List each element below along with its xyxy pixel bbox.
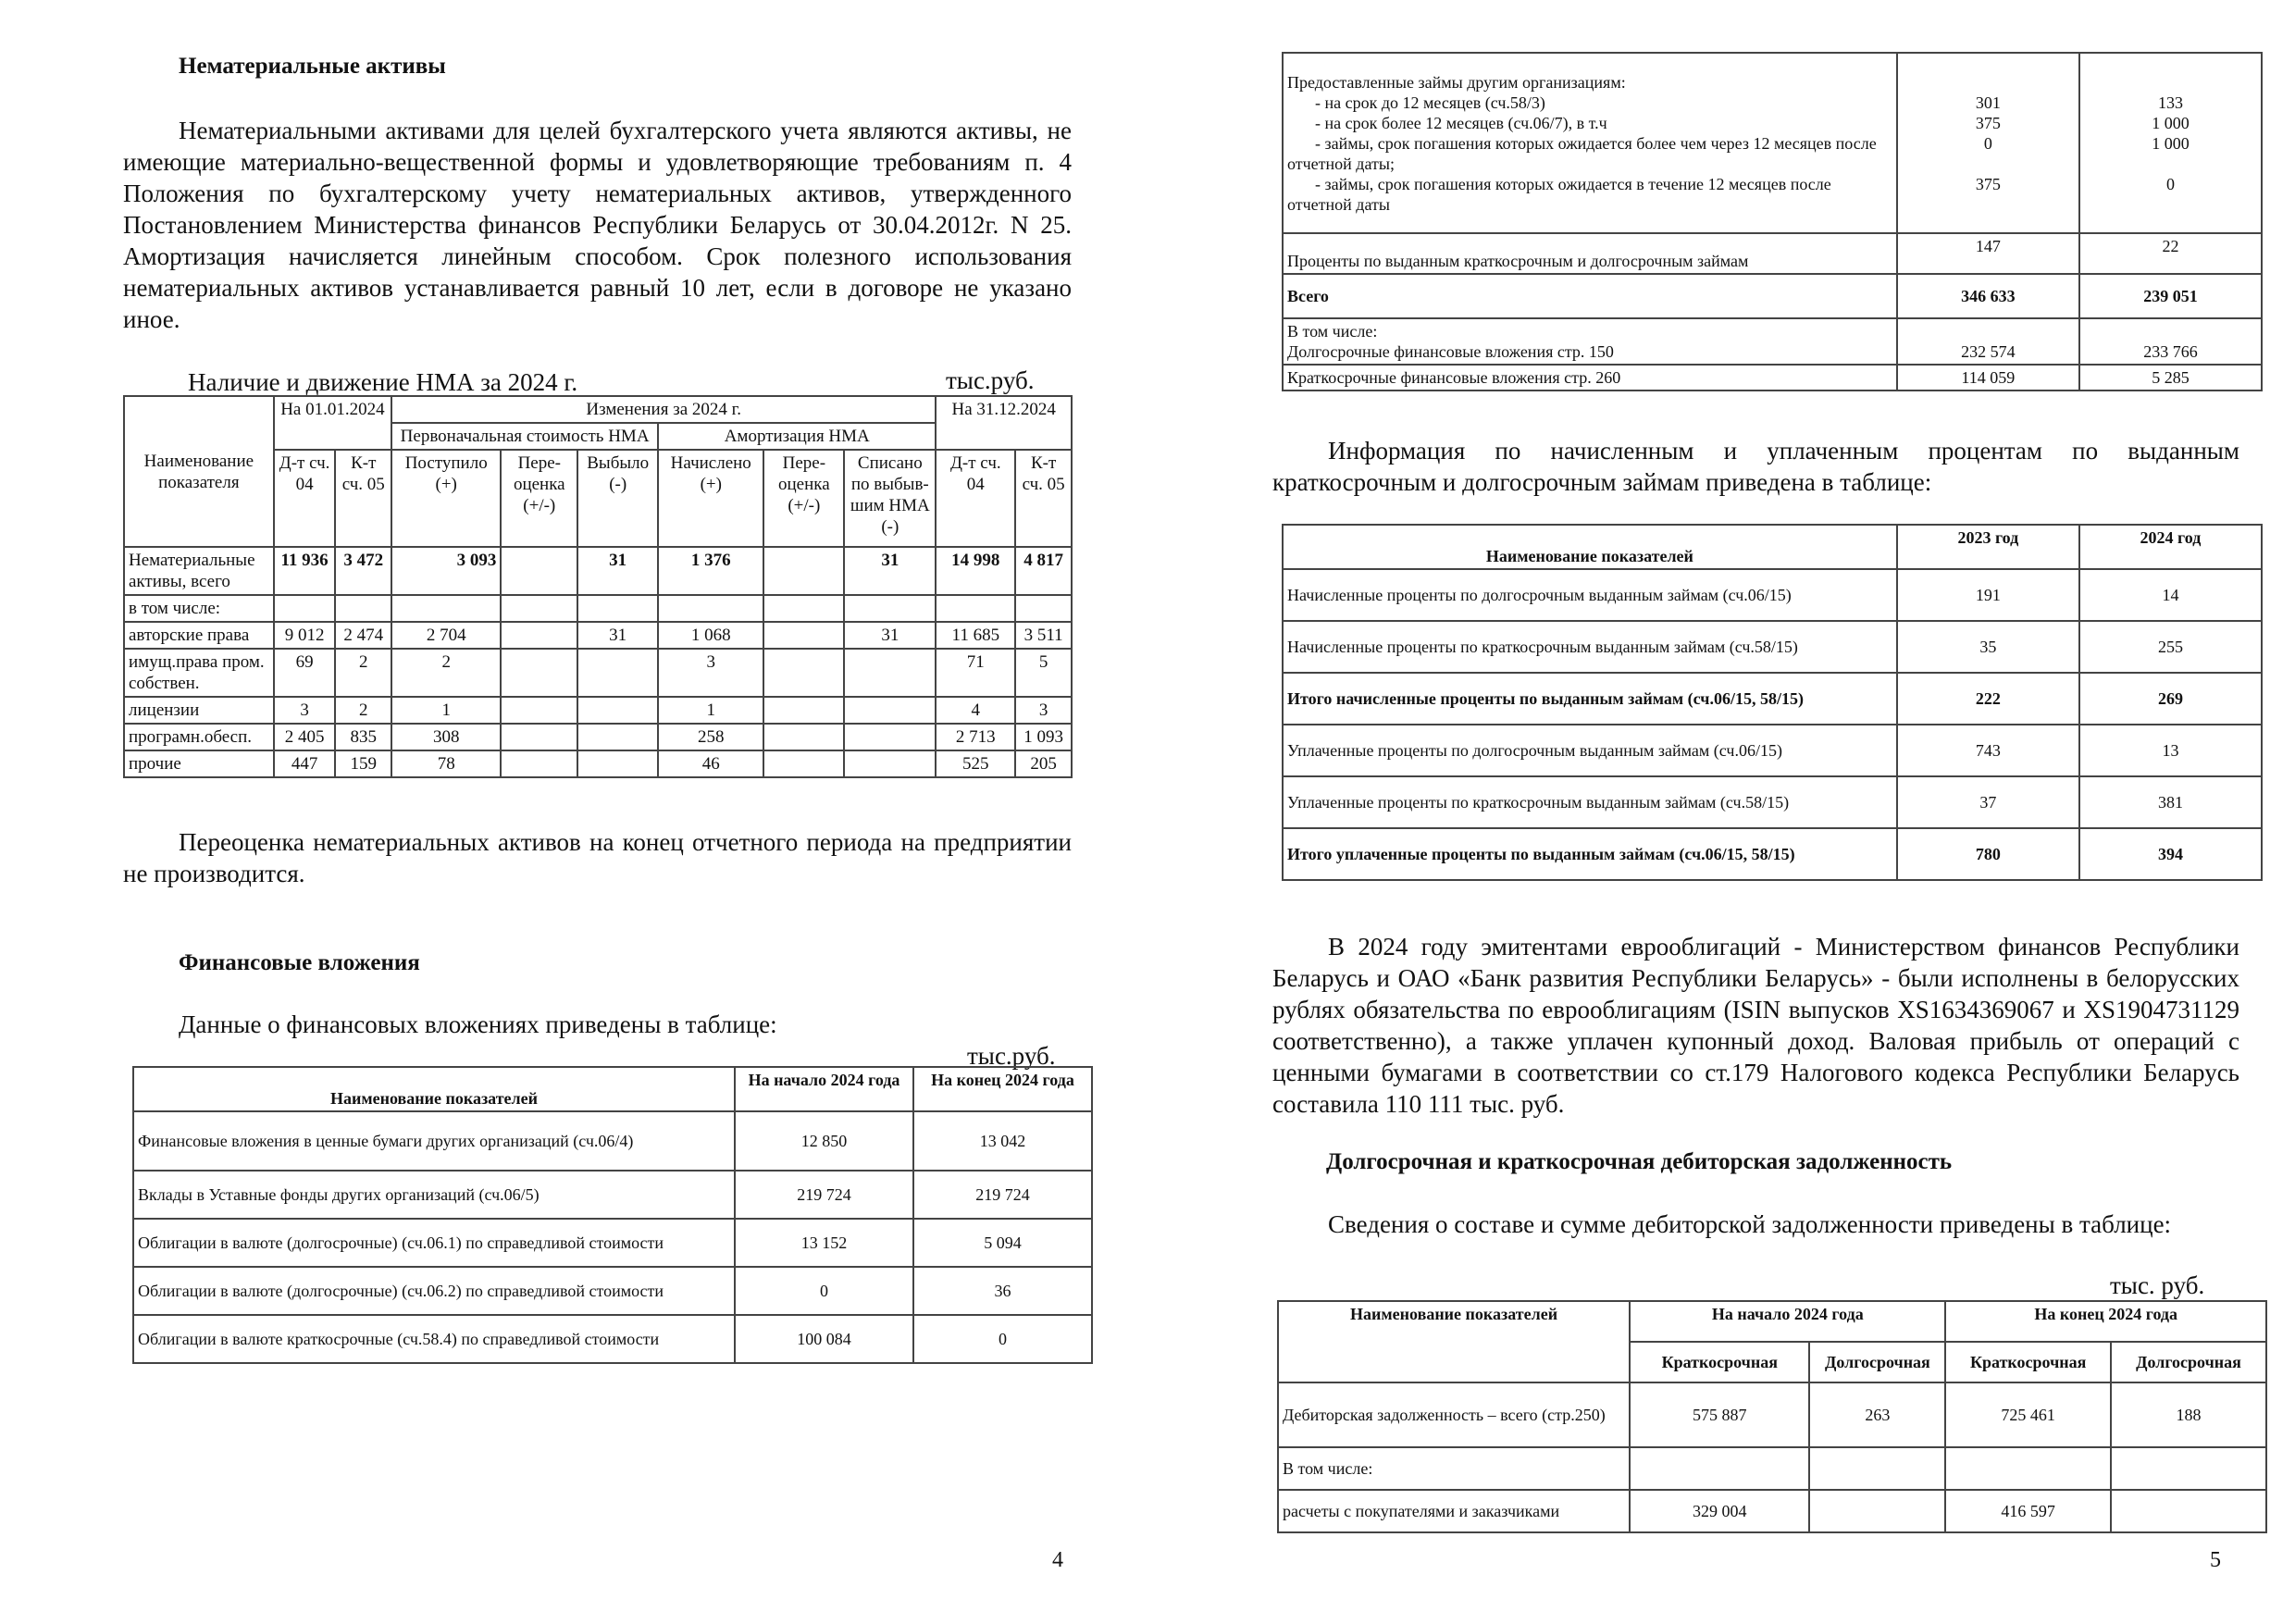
cell-value: 725 461 [1945, 1382, 2111, 1447]
interest-end: 22 [2079, 233, 2262, 274]
table-row: в том числе: [124, 595, 1072, 622]
loans-label-line: - займы, срок погашения которых ожидаетс… [1287, 133, 1892, 174]
cell-value: 329 004 [1630, 1490, 1809, 1532]
row-label: Уплаченные проценты по долгосрочным выда… [1283, 725, 1897, 776]
col-header-dt04: Д-т сч. 04 [274, 450, 336, 547]
cell-value [936, 595, 1015, 622]
loans-label-line: - на срок до 12 месяцев (сч.58/3) [1287, 93, 1892, 113]
short-term-end: 5 285 [2079, 365, 2262, 391]
table-row: Вклады в Уставные фонды других организац… [133, 1171, 1092, 1219]
table-row: В том числе: [1278, 1447, 2266, 1490]
cell-value [1630, 1447, 1809, 1490]
cell-value [763, 750, 844, 777]
cell-value: 69 [274, 649, 336, 697]
short-term-label: Краткосрочные финансовые вложения стр. 2… [1283, 365, 1897, 391]
col-header-dt04-end: Д-т сч. 04 [936, 450, 1015, 547]
cell-value: 2 [391, 649, 501, 697]
interest-start: 147 [1897, 233, 2079, 274]
row-label: Облигации в валюте (долгосрочные) (сч.06… [133, 1267, 735, 1315]
loans-value: 1 000 [2084, 133, 2257, 154]
cell-value: 1 068 [658, 622, 763, 649]
cell-value [763, 649, 844, 697]
cell-value [501, 697, 577, 724]
col-header-name: Наименование показателей [1283, 525, 1897, 569]
paragraph-text: Информация по начисленным и уплаченным п… [1272, 437, 2239, 496]
cell-2024: 14 [2079, 569, 2262, 621]
page-5: Предоставленные займы другим организация… [1147, 0, 2295, 1624]
col-header-kt05: К-т сч. 05 [335, 450, 391, 547]
cell-value [501, 649, 577, 697]
col-header-short-start: Краткосрочная [1630, 1342, 1809, 1382]
col-header-start: На начало 2024 года [1630, 1301, 1945, 1342]
cell-value: 31 [844, 547, 936, 595]
interest-label: Проценты по выданным краткосрочным и дол… [1283, 233, 1897, 274]
row-label: в том числе: [124, 595, 274, 622]
nma-table: Наименование показателя На 01.01.2024 Из… [123, 395, 1073, 778]
col-header-2024: 2024 год [2079, 525, 2262, 569]
loans-value: 301 [1902, 93, 2075, 113]
row-label: В том числе: [1278, 1447, 1630, 1490]
cell-value [2111, 1490, 2266, 1532]
cell-value [763, 547, 844, 595]
cell-value: 258 [658, 724, 763, 750]
cell-value: 31 [577, 547, 658, 595]
cell-value [763, 595, 844, 622]
col-header-end: На 31.12.2024 [936, 396, 1072, 450]
cell-value [274, 595, 336, 622]
cell-2024: 394 [2079, 828, 2262, 880]
cell-value: 2 [335, 697, 391, 724]
cell-value: 2 713 [936, 724, 1015, 750]
row-label: Облигации в валюте краткосрочные (сч.58.… [133, 1315, 735, 1363]
heading-receivables: Долгосрочная и краткосрочная дебиторская… [1326, 1149, 1952, 1175]
col-header-amortization: Амортизация НМА [658, 423, 936, 450]
row-label: лицензии [124, 697, 274, 724]
table-row: Начисленные проценты по долгосрочным выд… [1283, 569, 2262, 621]
cell-value: 71 [936, 649, 1015, 697]
loans-value: 1 000 [2084, 113, 2257, 133]
cell-value [1809, 1490, 1945, 1532]
interest-table: Наименование показателей 2023 год 2024 г… [1282, 524, 2263, 881]
cell-value [844, 750, 936, 777]
cell-value: 1 [658, 697, 763, 724]
table-row: лицензии321143 [124, 697, 1072, 724]
cell-value: 3 [1015, 697, 1072, 724]
loans-value: 0 [2084, 174, 2257, 194]
col-header-received: Поступило (+) [391, 450, 501, 547]
cell-value [577, 697, 658, 724]
row-label: имущ.права пром. собствен. [124, 649, 274, 697]
financial-investments-table-continued: Предоставленные займы другим организация… [1282, 52, 2263, 391]
col-header-short-end: Краткосрочная [1945, 1342, 2111, 1382]
col-header-initial-cost: Первоначальная стоимость НМА [391, 423, 658, 450]
cell-2024: 255 [2079, 621, 2262, 673]
table-row: програмн.обесп.2 4058353082582 7131 093 [124, 724, 1072, 750]
cell-value: 4 817 [1015, 547, 1072, 595]
cell-value: 188 [2111, 1382, 2266, 1447]
cell-2024: 269 [2079, 673, 2262, 725]
cell-value: 11 685 [936, 622, 1015, 649]
cell-value: 31 [577, 622, 658, 649]
table-row: Итого начисленные проценты по выданным з… [1283, 673, 2262, 725]
total-start: 346 633 [1897, 274, 2079, 318]
paragraph-text: В 2024 году эмитентами еврооблигаций - М… [1272, 933, 2239, 1118]
paragraph-financial-investments: Данные о финансовых вложениях приведены … [179, 1009, 777, 1040]
table-row: Нематериальные активы, всего11 9363 4723… [124, 547, 1072, 595]
row-label: Дебиторская задолженность – всего (стр.2… [1278, 1382, 1630, 1447]
cell-value [501, 750, 577, 777]
cell-value: 5 [1015, 649, 1072, 697]
cell-start: 13 152 [735, 1219, 913, 1267]
row-label: Начисленные проценты по краткосрочным вы… [1283, 621, 1897, 673]
cell-value: 4 [936, 697, 1015, 724]
long-term-label: В том числе:Долгосрочные финансовые влож… [1283, 318, 1897, 365]
row-label: Уплаченные проценты по краткосрочным выд… [1283, 776, 1897, 828]
cell-value [1809, 1447, 1945, 1490]
cell-start: 0 [735, 1267, 913, 1315]
cell-2023: 37 [1897, 776, 2079, 828]
paragraph-revaluation: Переоценка нематериальных активов на кон… [123, 826, 1072, 889]
cell-value: 447 [274, 750, 336, 777]
cell-value [577, 750, 658, 777]
cell-value [335, 595, 391, 622]
cell-value: 416 597 [1945, 1490, 2111, 1532]
col-header-name: Наименование показателя [124, 396, 274, 547]
cell-value: 3 472 [335, 547, 391, 595]
cell-value: 263 [1809, 1382, 1945, 1447]
row-label: Финансовые вложения в ценные бумаги друг… [133, 1111, 735, 1171]
receivables-table: Наименование показателей На начало 2024 … [1277, 1300, 2267, 1533]
table-row: имущ.права пром. собствен.69223715 [124, 649, 1072, 697]
col-header-start: На 01.01.2024 [274, 396, 391, 450]
total-end: 239 051 [2079, 274, 2262, 318]
table-row: авторские права9 0122 4742 704311 068311… [124, 622, 1072, 649]
row-label: прочие [124, 750, 274, 777]
cell-2024: 13 [2079, 725, 2262, 776]
table-row: Начисленные проценты по краткосрочным вы… [1283, 621, 2262, 673]
row-label: авторские права [124, 622, 274, 649]
cell-value [501, 724, 577, 750]
row-label: програмн.обесп. [124, 724, 274, 750]
paragraph-eurobonds: В 2024 году эмитентами еврооблигаций - М… [1272, 931, 2239, 1120]
cell-value: 3 093 [391, 547, 501, 595]
long-term-start: 232 574 [1897, 318, 2079, 365]
loans-label-line: - займы, срок погашения которых ожидаетс… [1287, 174, 1892, 215]
cell-end: 36 [913, 1267, 1092, 1315]
nma-table-caption: Наличие и движение НМА за 2024 г. [188, 366, 577, 398]
cell-value [763, 724, 844, 750]
page-number: 5 [2210, 1548, 2221, 1573]
cell-value: 308 [391, 724, 501, 750]
cell-2023: 743 [1897, 725, 2079, 776]
col-header-accrued: Начислено (+) [658, 450, 763, 547]
loans-label-line: - на срок более 12 месяцев (сч.06/7), в … [1287, 113, 1892, 133]
cell-value [763, 622, 844, 649]
cell-value: 3 [274, 697, 336, 724]
loans-value: 375 [1902, 113, 2075, 133]
col-header-end: На конец 2024 года [1945, 1301, 2266, 1342]
paragraph-text: Сведения о составе и сумме дебиторской з… [1328, 1210, 2171, 1238]
cell-value [658, 595, 763, 622]
receivables-table-unit: тыс. руб. [2110, 1271, 2204, 1300]
paragraph-receivables: Сведения о составе и сумме дебиторской з… [1272, 1209, 2239, 1240]
paragraph-intangible-assets: Нематериальными активами для целей бухга… [123, 115, 1072, 335]
cell-value: 1 [391, 697, 501, 724]
cell-2023: 780 [1897, 828, 2079, 880]
table-row: Уплаченные проценты по долгосрочным выда… [1283, 725, 2262, 776]
col-header-2023: 2023 год [1897, 525, 2079, 569]
col-header-name: Наименование показателей [133, 1067, 735, 1111]
cell-end: 0 [913, 1315, 1092, 1363]
cell-start: 219 724 [735, 1171, 913, 1219]
col-header-revaluation-amort: Пере-оценка (+/-) [763, 450, 844, 547]
loans-value: 375 [1902, 174, 2075, 194]
row-label: Итого начисленные проценты по выданным з… [1283, 673, 1897, 725]
table-row: Облигации в валюте (долгосрочные) (сч.06… [133, 1267, 1092, 1315]
financial-investments-table: Наименование показателей На начало 2024 … [132, 1066, 1093, 1364]
cell-value [1015, 595, 1072, 622]
table-row: Уплаченные проценты по краткосрочным выд… [1283, 776, 2262, 828]
cell-2023: 35 [1897, 621, 2079, 673]
row-label: Облигации в валюте (долгосрочные) (сч.06… [133, 1219, 735, 1267]
table-row: Облигации в валюте краткосрочные (сч.58.… [133, 1315, 1092, 1363]
col-header-start: На начало 2024 года [735, 1067, 913, 1111]
cell-end: 5 094 [913, 1219, 1092, 1267]
cell-value [844, 724, 936, 750]
cell-value: 14 998 [936, 547, 1015, 595]
table-row: прочие4471597846525205 [124, 750, 1072, 777]
cell-end: 219 724 [913, 1171, 1092, 1219]
cell-value [844, 649, 936, 697]
cell-value [577, 724, 658, 750]
col-header-written-off: Списано по выбыв-шим НМА (-) [844, 450, 936, 547]
cell-value: 835 [335, 724, 391, 750]
col-header-long-end: Долгосрочная [2111, 1342, 2266, 1382]
cell-value: 525 [936, 750, 1015, 777]
long-term-text: Долгосрочные финансовые вложения стр. 15… [1287, 342, 1614, 361]
cell-value [844, 697, 936, 724]
loans-end-values: 1331 0001 0000 [2079, 53, 2262, 233]
row-label: Начисленные проценты по долгосрочным выд… [1283, 569, 1897, 621]
col-header-disposed: Выбыло (-) [577, 450, 658, 547]
row-label: расчеты с покупателями и заказчиками [1278, 1490, 1630, 1532]
table-row: Облигации в валюте (долгосрочные) (сч.06… [133, 1219, 1092, 1267]
cell-value: 2 405 [274, 724, 336, 750]
cell-end: 13 042 [913, 1111, 1092, 1171]
paragraph-interest: Информация по начисленным и уплаченным п… [1272, 435, 2239, 498]
row-label: Нематериальные активы, всего [124, 547, 274, 595]
row-label: Итого уплаченные проценты по выданным за… [1283, 828, 1897, 880]
table-row: расчеты с покупателями и заказчиками329 … [1278, 1490, 2266, 1532]
cell-value: 1 376 [658, 547, 763, 595]
table-row: Дебиторская задолженность – всего (стр.2… [1278, 1382, 2266, 1447]
col-header-long-start: Долгосрочная [1809, 1342, 1945, 1382]
loans-label: Предоставленные займы другим организация… [1283, 53, 1897, 233]
cell-value [501, 595, 577, 622]
cell-value: 159 [335, 750, 391, 777]
loans-value: 0 [1902, 133, 2075, 154]
cell-value: 2 704 [391, 622, 501, 649]
paragraph-text: Нематериальными активами для целей бухга… [123, 117, 1072, 333]
cell-value: 3 [658, 649, 763, 697]
short-term-start: 114 059 [1897, 365, 2079, 391]
table-row: Финансовые вложения в ценные бумаги друг… [133, 1111, 1092, 1171]
loans-value: 133 [2084, 93, 2257, 113]
cell-value [844, 595, 936, 622]
cell-value [2111, 1447, 2266, 1490]
cell-value [577, 595, 658, 622]
table-row: Итого уплаченные проценты по выданным за… [1283, 828, 2262, 880]
cell-start: 12 850 [735, 1111, 913, 1171]
col-header-end: На конец 2024 года [913, 1067, 1092, 1111]
cell-2023: 191 [1897, 569, 2079, 621]
total-label: Всего [1283, 274, 1897, 318]
col-header-name: Наименование показателей [1278, 1301, 1630, 1382]
cell-value [501, 547, 577, 595]
cell-value: 1 093 [1015, 724, 1072, 750]
cell-value: 2 [335, 649, 391, 697]
col-header-changes: Изменения за 2024 г. [391, 396, 936, 423]
cell-start: 100 084 [735, 1315, 913, 1363]
page-4: Нематериальные активы Нематериальными ак… [0, 0, 1147, 1624]
long-term-end: 233 766 [2079, 318, 2262, 365]
cell-value: 9 012 [274, 622, 336, 649]
cell-value: 31 [844, 622, 936, 649]
cell-value: 2 474 [335, 622, 391, 649]
cell-value [501, 622, 577, 649]
cell-value: 11 936 [274, 547, 336, 595]
cell-value [763, 697, 844, 724]
cell-value: 3 511 [1015, 622, 1072, 649]
cell-value [391, 595, 501, 622]
cell-value: 575 887 [1630, 1382, 1809, 1447]
cell-value: 78 [391, 750, 501, 777]
including-label: В том числе: [1287, 322, 1377, 341]
cell-2024: 381 [2079, 776, 2262, 828]
col-header-revaluation: Пере-оценка (+/-) [501, 450, 577, 547]
heading-intangible-assets: Нематериальные активы [179, 54, 446, 80]
nma-table-unit: тыс.руб. [946, 366, 1034, 395]
paragraph-text: Переоценка нематериальных активов на кон… [123, 828, 1072, 887]
row-label: Вклады в Уставные фонды других организац… [133, 1171, 735, 1219]
cell-2023: 222 [1897, 673, 2079, 725]
cell-value [577, 649, 658, 697]
page-number: 4 [1052, 1548, 1063, 1573]
loans-start-values: 3013750375 [1897, 53, 2079, 233]
col-header-kt05-end: К-т сч. 05 [1015, 450, 1072, 547]
loans-label-line: Предоставленные займы другим организация… [1287, 72, 1892, 93]
cell-value [1945, 1447, 2111, 1490]
heading-financial-investments: Финансовые вложения [179, 950, 420, 976]
cell-value: 205 [1015, 750, 1072, 777]
cell-value: 46 [658, 750, 763, 777]
